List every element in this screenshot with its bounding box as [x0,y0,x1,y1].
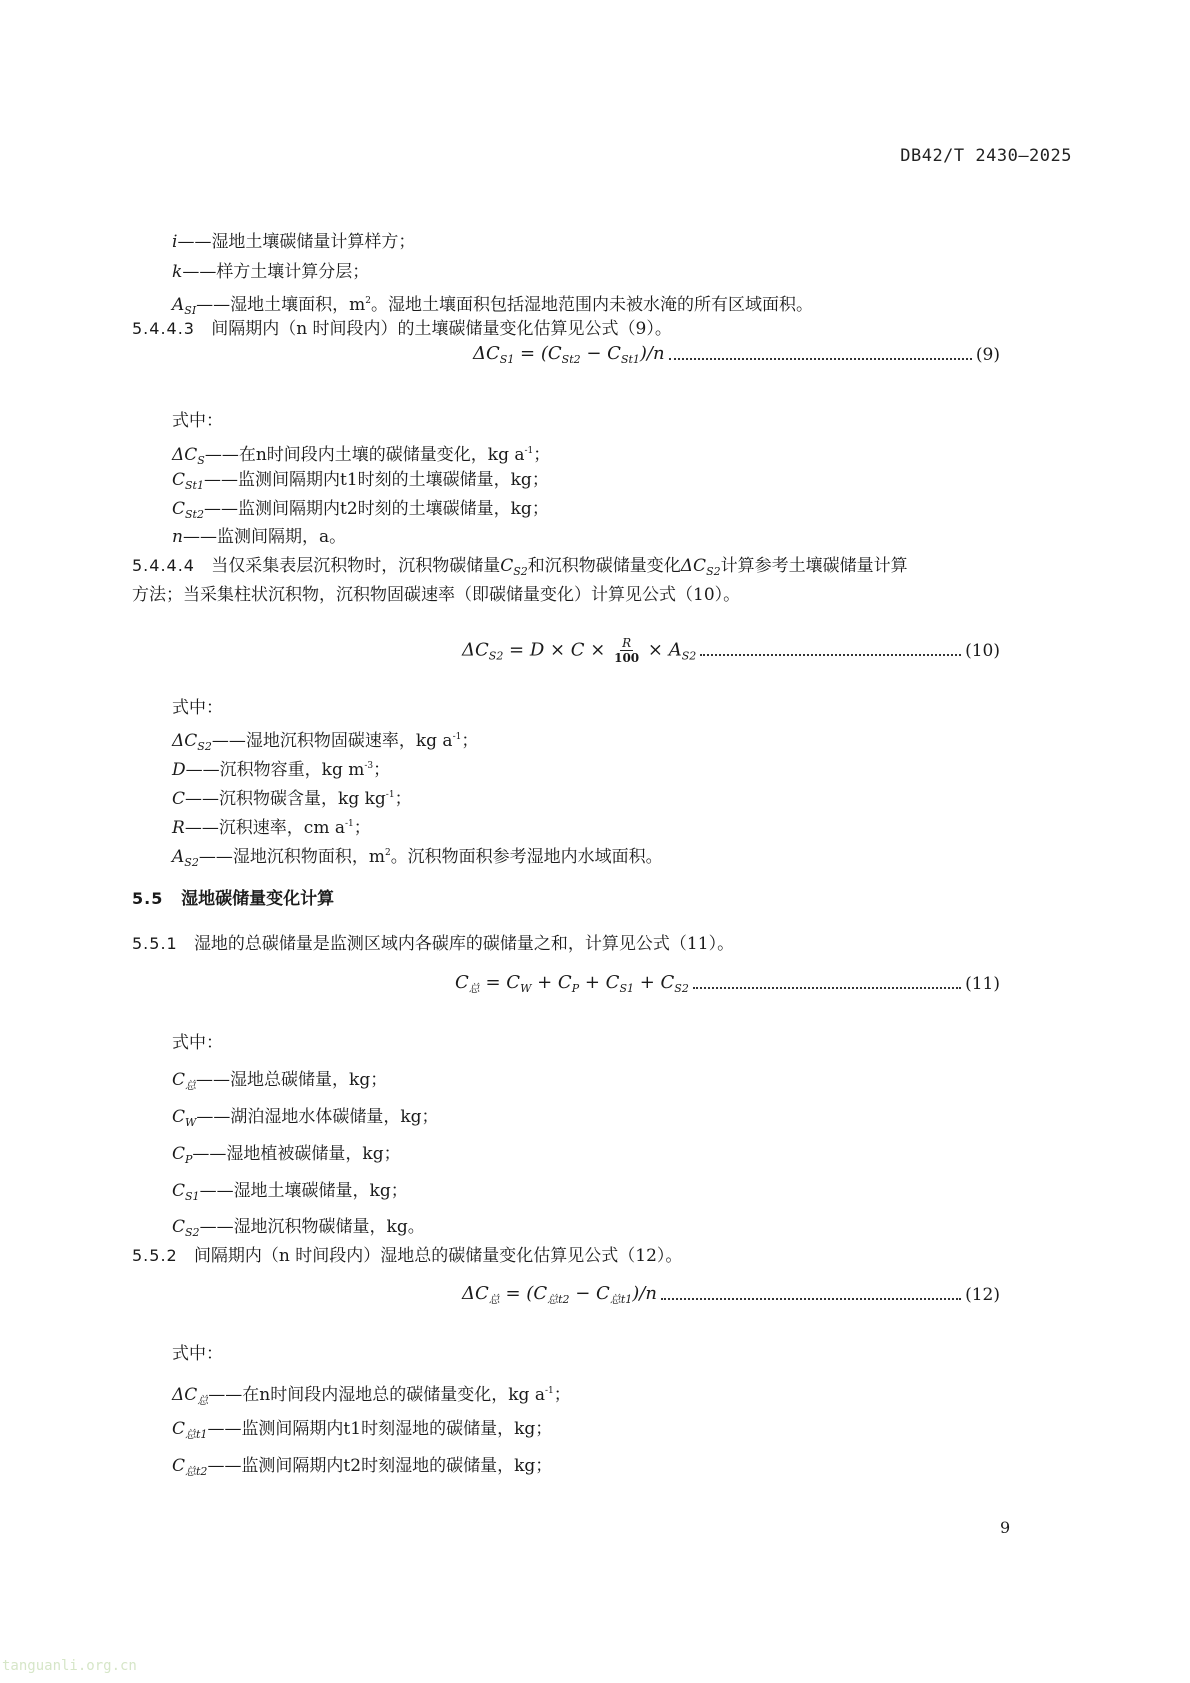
definition-c-total: C总——湿地总碳储量，kg； [172,1067,387,1099]
definition-d: D——沉积物容重，kg m-3； [172,753,390,783]
definition-r: R——沉积速率，cm a-1； [172,811,371,841]
clause-5-4-4-4: 5.4.4.4 当仅采集表层沉积物时，沉积物碳储量CS2和沉积物碳储量变化ΔCS… [132,553,908,585]
definition-delta-c-total: ΔC总——在n时间段内湿地总的碳储量变化，kg a-1； [172,1378,571,1414]
definition-cst1: CSt1——监测间隔期内t1时刻的土壤碳储量，kg； [172,467,549,499]
equation-number: (12) [965,1285,1000,1305]
definition-k: k——样方土壤计算分层； [172,259,369,285]
equation-number: (10) [965,641,1000,661]
dot-leader [661,1298,961,1300]
equation-12: ΔC总 = (C总t2 − C总t1)/n (12) [462,1283,1000,1307]
equation-10-formula: ΔCS2 = D × C × R100 × AS2 [462,636,696,665]
clause-5-4-4-4-line2: 方法；当采集柱状沉积物，沉积物固碳速率（即碳储量变化）计算见公式（10）。 [132,582,740,608]
equation-11: C总 = CW + CP + CS1 + CS2 (11) [455,972,1000,996]
dot-leader [669,358,972,360]
definition-c-total-t1: C总t1——监测间隔期内t1时刻湿地的碳储量，kg； [172,1416,552,1448]
equation-12-formula: ΔC总 = (C总t2 − C总t1)/n [462,1283,657,1307]
definition-cw: CW——湖泊湿地水体碳储量，kg； [172,1104,439,1136]
equation-10: ΔCS2 = D × C × R100 × AS2 (10) [462,636,1000,665]
document-code: DB42/T 2430—2025 [900,146,1072,166]
where-label: 式中： [172,1341,223,1367]
equation-11-formula: C总 = CW + CP + CS1 + CS2 [455,972,689,996]
definition-n: n——监测间隔期，a。 [172,524,346,550]
equation-9: ΔCS1 = (CSt2 − CSt1)/n (9) [473,343,1000,366]
clause-5-5-1: 5.5.1 湿地的总碳储量是监测区域内各碳库的碳储量之和，计算见公式（11）。 [132,931,734,957]
definition-i: i——湿地土壤碳储量计算样方； [172,229,415,255]
definition-c-total-t2: C总t2——监测间隔期内t2时刻湿地的碳储量，kg； [172,1453,552,1485]
definition-as2: AS2——湿地沉积物面积，m2。沉积物面积参考湿地内水域面积。 [172,840,663,876]
page-number: 9 [1000,1518,1010,1537]
dot-leader [693,987,961,989]
section-heading-5-5: 5.5 湿地碳储量变化计算 [132,886,334,912]
equation-9-formula: ΔCS1 = (CSt2 − CSt1)/n [473,343,665,366]
definition-c: C——沉积物碳含量，kg kg-1； [172,782,412,812]
equation-number: (11) [965,974,1000,994]
where-label: 式中： [172,408,223,434]
equation-number: (9) [976,345,1000,365]
clause-5-4-4-3: 5.4.4.3 间隔期内（n 时间段内）的土壤碳储量变化估算见公式（9）。 [132,316,672,342]
definition-cp: CP——湿地植被碳储量，kg； [172,1141,401,1173]
clause-5-5-2: 5.5.2 间隔期内（n 时间段内）湿地总的碳储量变化估算见公式（12）。 [132,1243,682,1269]
where-label: 式中： [172,695,223,721]
definition-cs1: CS1——湿地土壤碳储量，kg； [172,1178,408,1210]
watermark: tanguanli.org.cn [2,1658,137,1674]
where-label: 式中： [172,1030,223,1056]
definition-cs2: CS2——湿地沉积物碳储量，kg。 [172,1214,425,1246]
dot-leader [700,654,961,656]
